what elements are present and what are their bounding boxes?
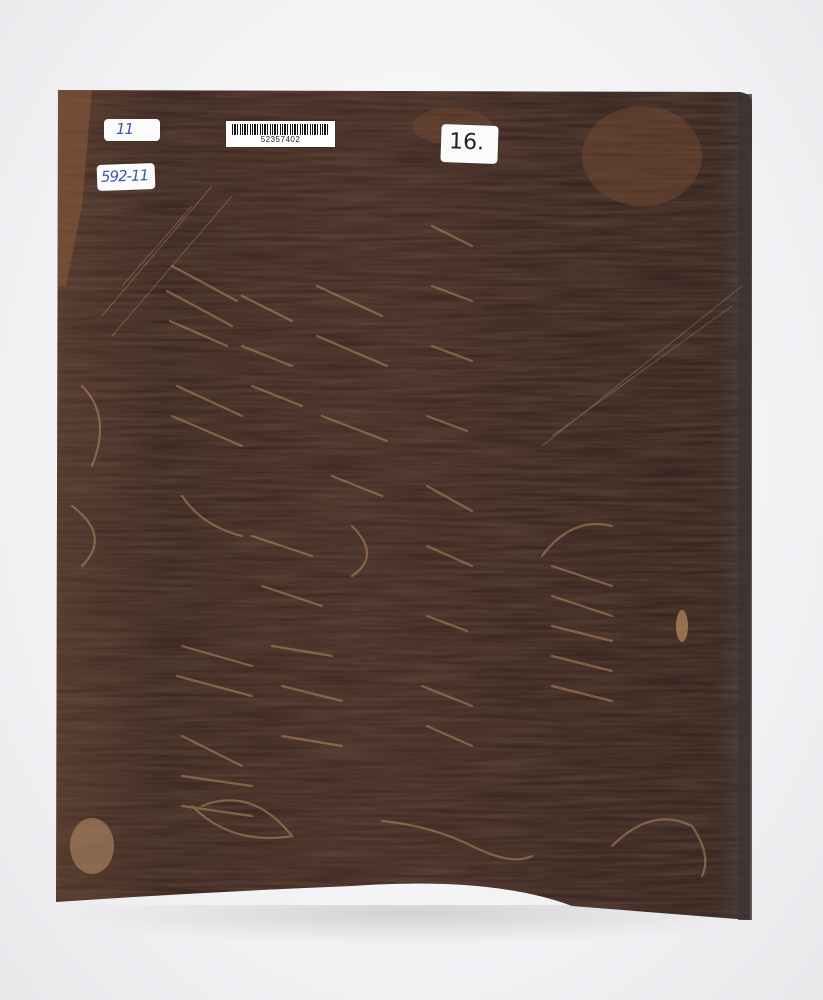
barcode-icon xyxy=(232,124,329,135)
sticker-592-11-text: 592-11 xyxy=(101,166,149,186)
barcode-label: 52357402 xyxy=(226,121,335,147)
inventory-sticker-592-11: 592-11 xyxy=(97,163,156,191)
wood-texture-svg xyxy=(52,86,757,922)
sticker-16-text: 16. xyxy=(449,129,485,155)
lot-sticker-16: 16. xyxy=(440,124,498,164)
wooden-panel xyxy=(52,86,757,922)
barcode-number: 52357402 xyxy=(226,135,335,144)
inventory-sticker-11: 11 xyxy=(104,119,160,141)
sticker-11-text: 11 xyxy=(116,120,133,138)
